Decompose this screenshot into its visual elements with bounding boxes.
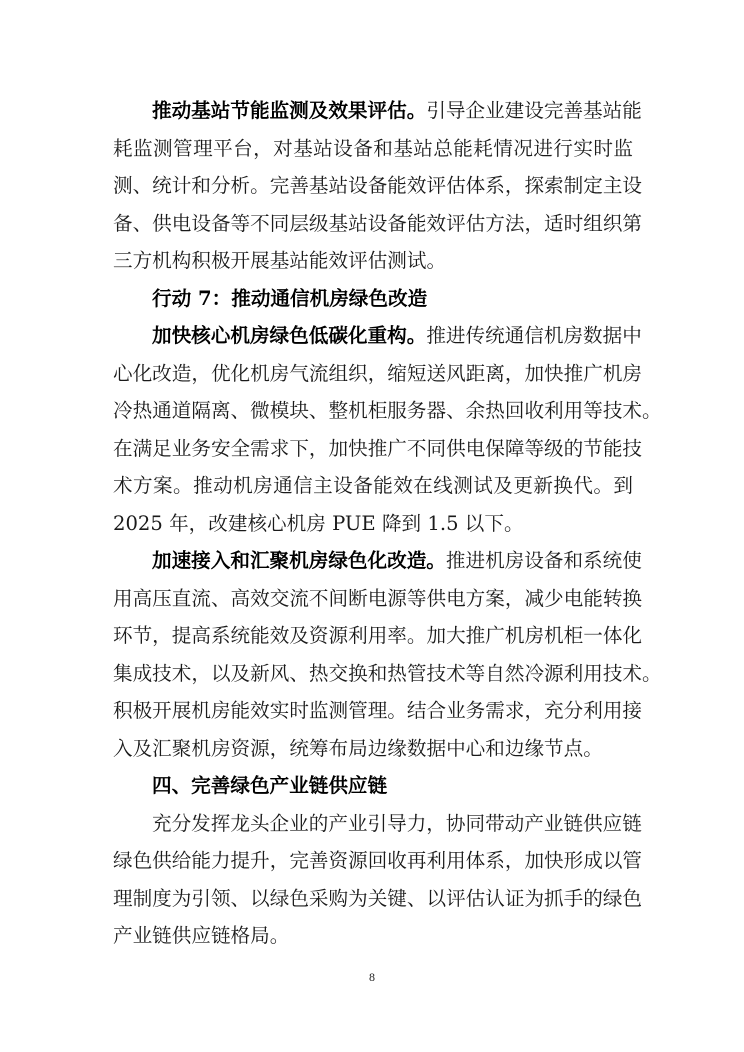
- paragraph-line: 测、统计和分析。完善基站设备能效评估体系，探索制定主设: [113, 167, 633, 205]
- section-heading: 四、完善绿色产业链供应链: [113, 767, 633, 805]
- action-subheading: 行动 7：推动通信机房绿色改造: [113, 280, 633, 318]
- paragraph-line: 心化改造，优化机房气流组织，缩短送风距离，加快推广机房: [113, 355, 633, 393]
- paragraph-text: 推进机房设备和系统使: [446, 549, 642, 572]
- paragraph-line: 2025 年，改建核心机房 PUE 降到 1.5 以下。: [113, 505, 633, 543]
- paragraph-text: 推进传统通信机房数据中: [426, 324, 642, 347]
- paragraph-line: 用高压直流、高效交流不间断电源等供电方案，减少电能转换: [113, 580, 633, 618]
- paragraph-line: 三方机构积极开展基站能效评估测试。: [113, 242, 633, 280]
- document-page: 推动基站节能监测及效果评估。引导企业建设完善基站能 耗监测管理平台，对基站设备和…: [0, 0, 744, 1052]
- paragraph-lead-bold: 加快核心机房绿色低碳化重构。: [152, 324, 426, 347]
- paragraph-line: 冷热通道隔离、微模块、整机柜服务器、余热回收利用等技术。: [113, 392, 633, 430]
- paragraph-lead-bold: 加速接入和汇聚机房绿色化改造。: [152, 549, 446, 572]
- paragraph-line: 理制度为引领、以绿色采购为关键、以评估认证为抓手的绿色: [113, 880, 633, 918]
- paragraph-line: 绿色供给能力提升，完善资源回收再利用体系，加快形成以管: [113, 842, 633, 880]
- paragraph-line: 环节，提高系统能效及资源利用率。加大推广机房机柜一体化: [113, 617, 633, 655]
- paragraph-line: 耗监测管理平台，对基站设备和基站总能耗情况进行实时监: [113, 130, 633, 168]
- paragraph-line: 在满足业务安全需求下，加快推广不同供电保障等级的节能技: [113, 430, 633, 468]
- paragraph-line: 备、供电设备等不同层级基站设备能效评估方法，适时组织第: [113, 205, 633, 243]
- paragraph-line: 推动基站节能监测及效果评估。引导企业建设完善基站能: [113, 92, 633, 130]
- paragraph-line: 充分发挥龙头企业的产业引导力，协同带动产业链供应链: [113, 805, 633, 843]
- page-body: 推动基站节能监测及效果评估。引导企业建设完善基站能 耗监测管理平台，对基站设备和…: [113, 92, 633, 955]
- paragraph-line: 集成技术，以及新风、热交换和热管技术等自然冷源利用技术。: [113, 655, 633, 693]
- paragraph-line: 入及汇聚机房资源，统筹布局边缘数据中心和边缘节点。: [113, 730, 633, 768]
- paragraph-line: 术方案。推动机房通信主设备能效在线测试及更新换代。到: [113, 467, 633, 505]
- page-number: 8: [0, 970, 744, 985]
- paragraph-line: 加速接入和汇聚机房绿色化改造。推进机房设备和系统使: [113, 542, 633, 580]
- paragraph-text: 引导企业建设完善基站能: [426, 99, 642, 122]
- paragraph-lead-bold: 推动基站节能监测及效果评估。: [152, 99, 426, 122]
- paragraph-line: 加快核心机房绿色低碳化重构。推进传统通信机房数据中: [113, 317, 633, 355]
- paragraph-line: 产业链供应链格局。: [113, 917, 633, 955]
- paragraph-line: 积极开展机房能效实时监测管理。结合业务需求，充分利用接: [113, 692, 633, 730]
